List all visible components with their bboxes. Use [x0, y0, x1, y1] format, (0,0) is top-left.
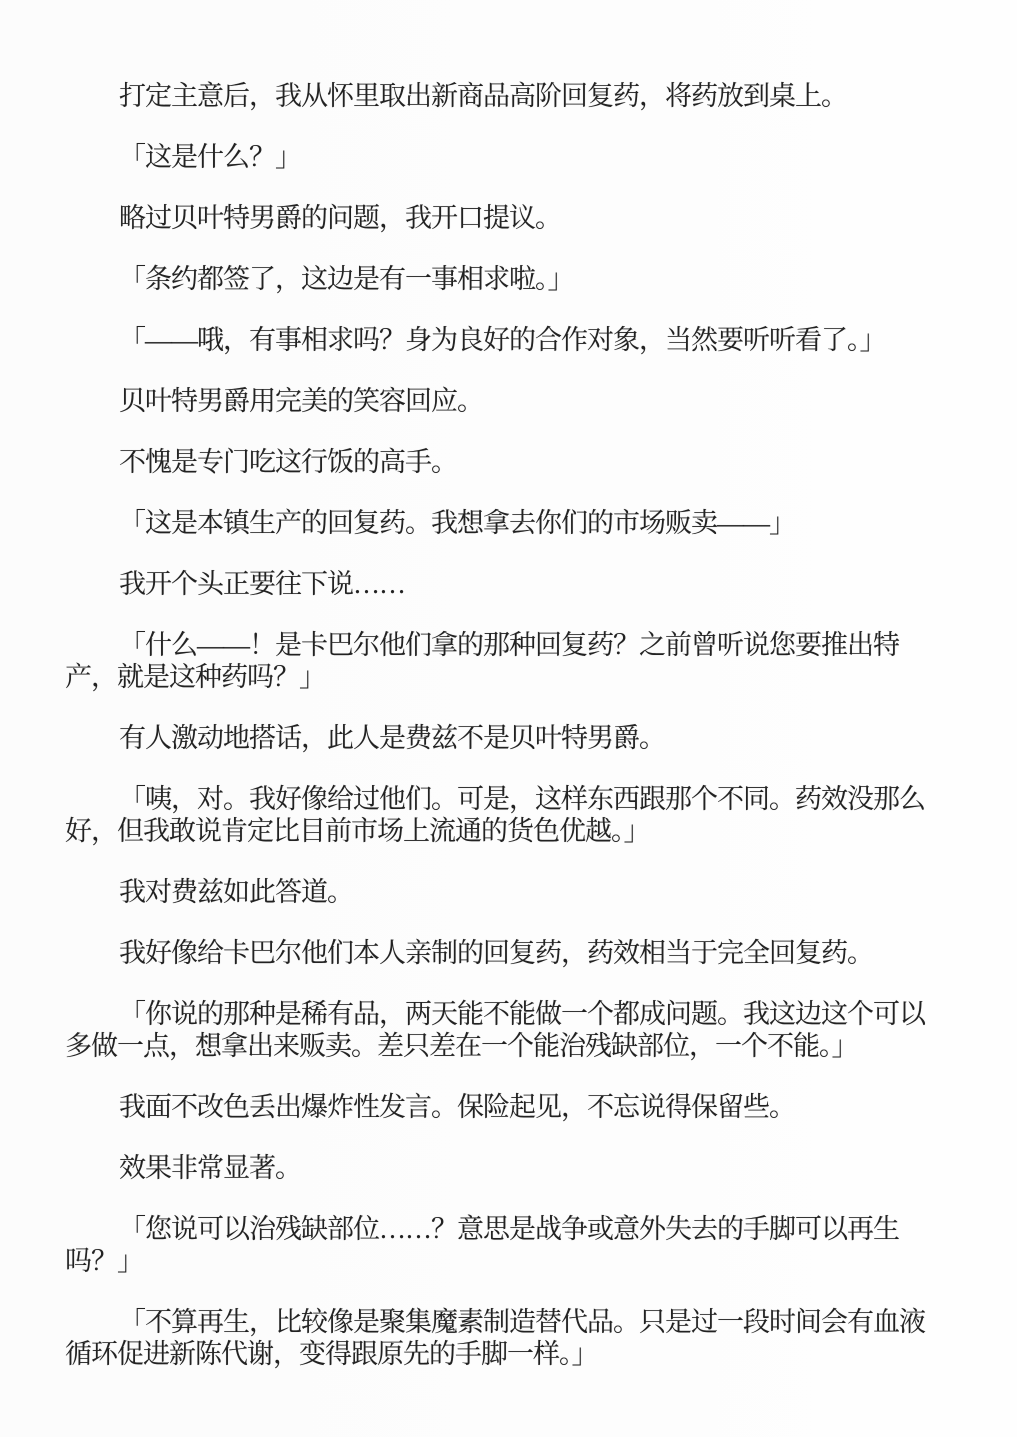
paragraph: 「——哦，有事相求吗？身为良好的合作对象，当然要听听看了。」	[65, 324, 937, 356]
paragraph: 略过贝叶特男爵的问题，我开口提议。	[65, 202, 937, 234]
paragraph: 贝叶特男爵用完美的笑容回应。	[65, 385, 937, 417]
paragraph: 有人激动地搭话，此人是费兹不是贝叶特男爵。	[65, 722, 937, 754]
paragraph: 「不算再生，比较像是聚集魔素制造替代品。只是过一段时间会有血液循环促进新陈代谢，…	[65, 1306, 937, 1370]
paragraph: 不愧是专门吃这行饭的高手。	[65, 446, 937, 478]
paragraph: 打定主意后，我从怀里取出新商品高阶回复药，将药放到桌上。	[65, 80, 937, 112]
paragraph: 「什么——！是卡巴尔他们拿的那种回复药？之前曾听说您要推出特产，就是这种药吗？」	[65, 629, 937, 693]
paragraph: 效果非常显著。	[65, 1152, 937, 1184]
paragraph: 「这是什么？」	[65, 141, 937, 173]
paragraph: 「您说可以治残缺部位……？意思是战争或意外失去的手脚可以再生吗？」	[65, 1213, 937, 1277]
paragraph: 我好像给卡巴尔他们本人亲制的回复药，药效相当于完全回复药。	[65, 937, 937, 969]
paragraph: 「这是本镇生产的回复药。我想拿去你们的市场贩卖——」	[65, 507, 937, 539]
paragraph: 我面不改色丢出爆炸性发言。保险起见，不忘说得保留些。	[65, 1091, 937, 1123]
paragraph: 我对费兹如此答道。	[65, 876, 937, 908]
paragraph: 「你说的那种是稀有品，两天能不能做一个都成问题。我这边这个可以多做一点，想拿出来…	[65, 998, 937, 1062]
paragraph: 我开个头正要往下说……	[65, 568, 937, 600]
paragraph: 「咦，对。我好像给过他们。可是，这样东西跟那个不同。药效没那么好，但我敢说肯定比…	[65, 783, 937, 847]
novel-page: 打定主意后，我从怀里取出新商品高阶回复药，将药放到桌上。 「这是什么？」 略过贝…	[0, 0, 1017, 1437]
text-block: 打定主意后，我从怀里取出新商品高阶回复药，将药放到桌上。 「这是什么？」 略过贝…	[65, 80, 937, 1370]
paragraph: 「条约都签了，这边是有一事相求啦。」	[65, 263, 937, 295]
